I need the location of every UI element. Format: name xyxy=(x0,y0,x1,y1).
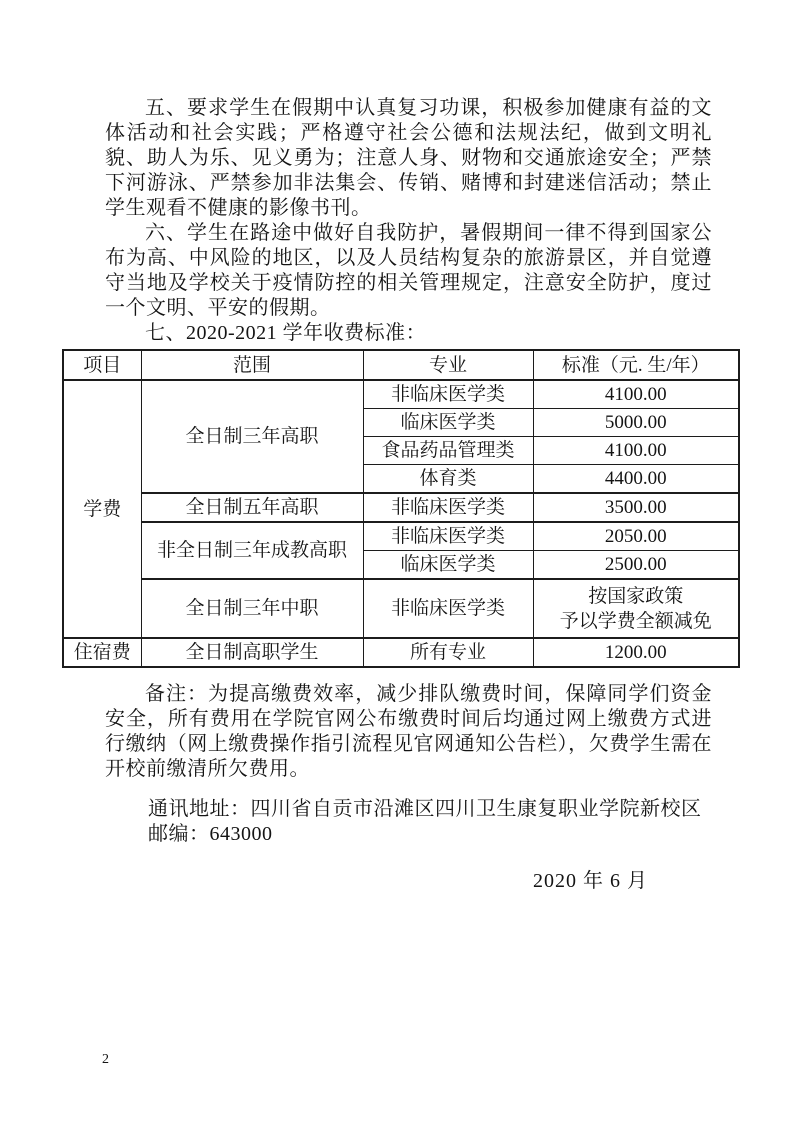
fee-cell-policy: 按国家政策 予以学费全额减免 xyxy=(533,579,739,638)
issue-date: 2020 年 6 月 xyxy=(105,869,712,894)
table-header-row: 项目 范围 专业 标准（元. 生/年） xyxy=(63,350,739,380)
contact-postcode: 邮编：643000 xyxy=(148,822,712,847)
fee-cell: 1200.00 xyxy=(533,638,739,667)
paragraph-item-5: 五、要求学生在假期中认真复习功课，积极参加健康有益的文体活动和社会实践；严格遵守… xyxy=(105,96,712,221)
scope-cell: 全日制三年高职 xyxy=(141,380,363,493)
contact-address: 通讯地址：四川省自贡市沿滩区四川卫生康复职业学院新校区 xyxy=(148,797,712,822)
document-page: 五、要求学生在假期中认真复习功课，积极参加健康有益的文体活动和社会实践；严格遵守… xyxy=(0,0,793,1122)
fee-cell: 4100.00 xyxy=(533,380,739,409)
table-header-item: 项目 xyxy=(63,350,141,380)
page-number: 2 xyxy=(102,1051,109,1069)
scope-cell: 全日制高职学生 xyxy=(141,638,363,667)
major-cell: 所有专业 xyxy=(363,638,533,667)
scope-cell: 全日制三年中职 xyxy=(141,579,363,638)
scope-cell: 全日制五年高职 xyxy=(141,493,363,522)
table-row: 全日制五年高职 非临床医学类 3500.00 xyxy=(63,493,739,522)
table-header-major: 专业 xyxy=(363,350,533,380)
major-cell: 非临床医学类 xyxy=(363,380,533,409)
item-cell-tuition: 学费 xyxy=(63,380,141,638)
document-content: 五、要求学生在假期中认真复习功课，积极参加健康有益的文体活动和社会实践；严格遵守… xyxy=(105,96,712,894)
major-cell: 临床医学类 xyxy=(363,551,533,580)
fee-cell: 2500.00 xyxy=(533,551,739,580)
fee-cell: 4100.00 xyxy=(533,437,739,465)
note-paragraph: 备注：为提高缴费效率，减少排队缴费时间，保障同学们资金安全，所有费用在学院官网公… xyxy=(105,682,712,782)
table-header-scope: 范围 xyxy=(141,350,363,380)
table-row: 学费 全日制三年高职 非临床医学类 4100.00 xyxy=(63,380,739,409)
table-row: 住宿费 全日制高职学生 所有专业 1200.00 xyxy=(63,638,739,667)
major-cell: 非临床医学类 xyxy=(363,493,533,522)
fee-cell: 3500.00 xyxy=(533,493,739,522)
fee-policy-line1: 按国家政策 xyxy=(536,584,737,609)
fee-cell: 4400.00 xyxy=(533,465,739,494)
fee-cell: 2050.00 xyxy=(533,522,739,551)
item-cell-lodging: 住宿费 xyxy=(63,638,141,667)
fee-cell: 5000.00 xyxy=(533,409,739,437)
fee-standards-table: 项目 范围 专业 标准（元. 生/年） 学费 全日制三年高职 非临床医学类 41… xyxy=(62,349,740,668)
section-heading-fee-standards: 七、2020-2021 学年收费标准： xyxy=(105,321,712,346)
contact-block: 通讯地址：四川省自贡市沿滩区四川卫生康复职业学院新校区 邮编：643000 xyxy=(148,797,712,847)
paragraph-item-6: 六、学生在路途中做好自我防护，暑假期间一律不得到国家公布为高、中风险的地区，以及… xyxy=(105,221,712,321)
major-cell: 临床医学类 xyxy=(363,409,533,437)
scope-cell: 非全日制三年成教高职 xyxy=(141,522,363,579)
major-cell: 体育类 xyxy=(363,465,533,494)
major-cell: 非临床医学类 xyxy=(363,522,533,551)
fee-policy-line2: 予以学费全额减免 xyxy=(536,609,737,634)
table-header-standard: 标准（元. 生/年） xyxy=(533,350,739,380)
table-row: 全日制三年中职 非临床医学类 按国家政策 予以学费全额减免 xyxy=(63,579,739,638)
table-row: 非全日制三年成教高职 非临床医学类 2050.00 xyxy=(63,522,739,551)
major-cell: 食品药品管理类 xyxy=(363,437,533,465)
major-cell: 非临床医学类 xyxy=(363,579,533,638)
